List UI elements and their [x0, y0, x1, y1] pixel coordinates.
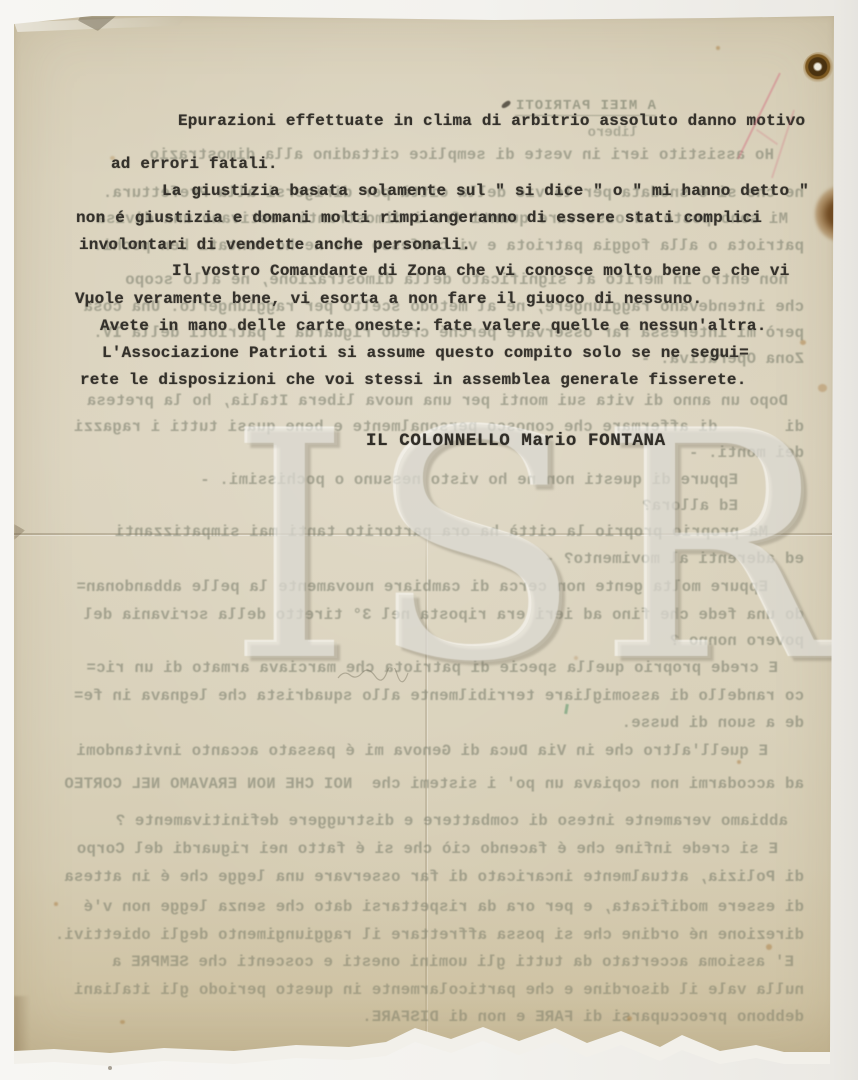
pencil-annotation	[336, 668, 410, 684]
typed-line: ad errori fatali.	[111, 155, 278, 173]
paper: A MIEI PATRIOTI libero Ho assistito ieri…	[14, 16, 834, 1058]
foxing-spot	[120, 1020, 125, 1024]
foxing-spot	[110, 156, 115, 160]
typed-line: L'Associazione Patrioti si assume questo…	[102, 344, 749, 362]
typed-line: La giustizia basata solamente sul " si d…	[162, 182, 809, 200]
scanned-letter-page: A MIEI PATRIOTI libero Ho assistito ieri…	[0, 0, 858, 1080]
typed-line: Il vostro Comandante di Zona che vi cono…	[172, 262, 790, 280]
foxing-spot	[737, 760, 741, 764]
foxing-spot	[627, 1016, 632, 1021]
foxing-spot	[818, 384, 827, 392]
typed-line: Epurazioni effettuate in clima di arbitr…	[178, 112, 805, 130]
signature-line: IL COLONNELLO Mario FONTANA	[366, 431, 666, 451]
foxing-spot	[800, 340, 806, 345]
dust-speck	[108, 1066, 112, 1070]
foxing-spot	[574, 656, 578, 660]
bottom-left-edge-shadow	[14, 996, 30, 1054]
ink-stain	[815, 186, 858, 242]
punch-hole-burn	[803, 52, 835, 84]
typed-line: non é giustizia e domani molti rimpiange…	[76, 209, 762, 227]
typed-line: involontari di vendette anche personali.	[79, 236, 471, 254]
foxing-spot	[716, 46, 720, 50]
typed-text-block: IL COLONNELLO Mario FONTANA Epurazioni e…	[14, 16, 834, 1058]
typed-line: rete le disposizioni che voi stessi in a…	[80, 371, 747, 389]
foxing-spot	[54, 902, 58, 906]
typed-line: Vµole veramente bene, vi esorta a non fa…	[75, 290, 702, 308]
typed-line: Avete in mano delle carte oneste: fate v…	[100, 317, 767, 335]
foxing-spot	[766, 944, 772, 950]
